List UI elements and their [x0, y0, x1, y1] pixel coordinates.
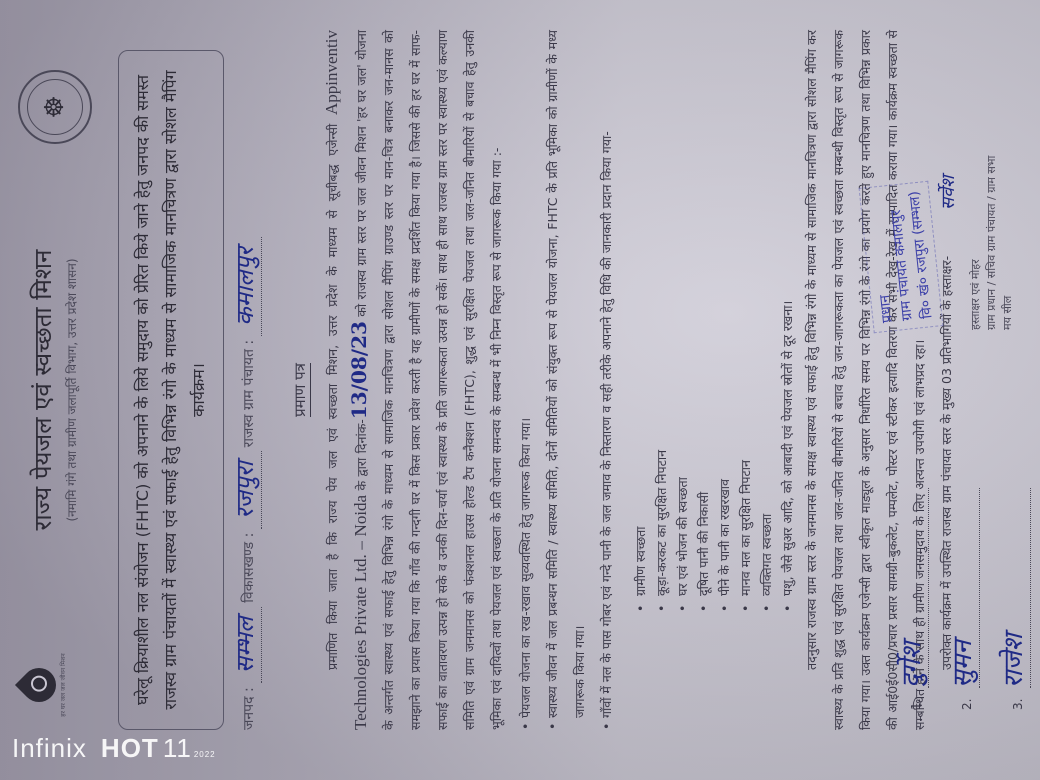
- district-value: सम्भल: [228, 607, 262, 684]
- body-paragraph-1: प्रमाणित किया जाता है कि राज्य पेय जल एव…: [318, 30, 510, 730]
- participant-signatures: 1. दुर्गेश 2. सुमन 3. राजेश: [892, 390, 1040, 710]
- page-subtitle: (नमामि गंगे तथा ग्रामीण जलापूर्ति विभाग,…: [63, 60, 80, 720]
- list-item: पेयजल योजना का रख-रखाव सुव्यवस्थित हेतु …: [512, 30, 539, 730]
- signature-row: 1. दुर्गेश: [892, 390, 929, 710]
- state-emblem-seal-icon: ☸: [18, 70, 92, 144]
- signature-row: 3. राजेश: [994, 390, 1031, 710]
- list-item: मानव मल का सुरक्षित निपटान: [735, 30, 756, 610]
- certificate-heading: प्रमाण पत्र: [290, 0, 310, 780]
- block-label: विकासखण्ड :: [239, 533, 258, 603]
- list-item: पशु, जैसे सुअर आदि, को आबादी एवं पेयजल स…: [777, 30, 798, 610]
- signature-labels: हस्ताक्षर एवं मोहर ग्राम प्रधान / सचिव ग…: [968, 60, 1016, 330]
- jal-jeevan-mission-logo: हर घर जल जल जीवन मिशन: [18, 650, 98, 720]
- participant-signature: राजेश: [994, 488, 1031, 688]
- list-item: ग्रामीण स्वच्छता: [630, 30, 651, 610]
- page-title: राज्य पेयजल एवं स्वच्छता मिशन: [26, 60, 59, 720]
- sanitation-topics-list: ग्रामीण स्वच्छता कूड़ा-करकट का सुरक्षित …: [630, 30, 798, 610]
- certificate-page: हर घर जल जल जीवन मिशन राज्य पेयजल एवं स्…: [0, 0, 1040, 780]
- list-item: व्यक्तिगत स्वच्छता: [756, 30, 777, 610]
- district-label: जनपद :: [239, 687, 258, 730]
- awareness-bullets: पेयजल योजना का रख-रखाव सुव्यवस्थित हेतु …: [512, 30, 620, 730]
- header: हर घर जल जल जीवन मिशन राज्य पेयजल एवं स्…: [18, 60, 108, 720]
- participant-signature: दुर्गेश: [892, 488, 929, 688]
- pradhan-signature-block: प्रधान ग्राम पंचायत कमालपुर वि० खं० रजपु…: [860, 60, 1016, 330]
- panchayat-value: कमालपुर: [228, 237, 262, 336]
- panchayat-label: राजस्व ग्राम पंचायत :: [239, 340, 258, 448]
- list-item: गाँवों में नल के पास गोबर एवं गन्दे पानी…: [593, 30, 620, 730]
- list-item: कूड़ा-करकट का सुरक्षित निपटान: [651, 30, 672, 610]
- signature-row: 2. सुमन: [943, 390, 980, 710]
- list-item: घर एवं भोजन की स्वच्छता: [672, 30, 693, 610]
- camera-watermark: InfinixHOT112022: [12, 733, 216, 764]
- water-drop-logo-icon: [15, 661, 63, 709]
- pradhan-stamp: प्रधान ग्राम पंचायत कमालपुर वि० खं० रजपु…: [859, 181, 944, 334]
- list-item: दूषित पानी की निकासी: [693, 30, 714, 610]
- logo-caption: हर घर जल जल जीवन मिशन: [60, 650, 68, 720]
- program-date: 13/08/23: [347, 321, 371, 419]
- participant-signature: सुमन: [943, 488, 980, 688]
- pradhan-signature: सर्वेश: [936, 60, 960, 210]
- program-description-box: घरेलू क्रियाशील नल संयोजन (FHTC) को अपना…: [118, 50, 224, 730]
- list-item: स्वास्थ्य जीवन में जल प्रबन्धन समिति / स…: [539, 30, 593, 730]
- list-item: पीने के पानी का रखरखाव: [714, 30, 735, 610]
- block-value: रजपुरा: [228, 451, 262, 528]
- location-line: जनपद : सम्भल विकासखण्ड : रजपुरा राजस्व ग…: [228, 40, 262, 730]
